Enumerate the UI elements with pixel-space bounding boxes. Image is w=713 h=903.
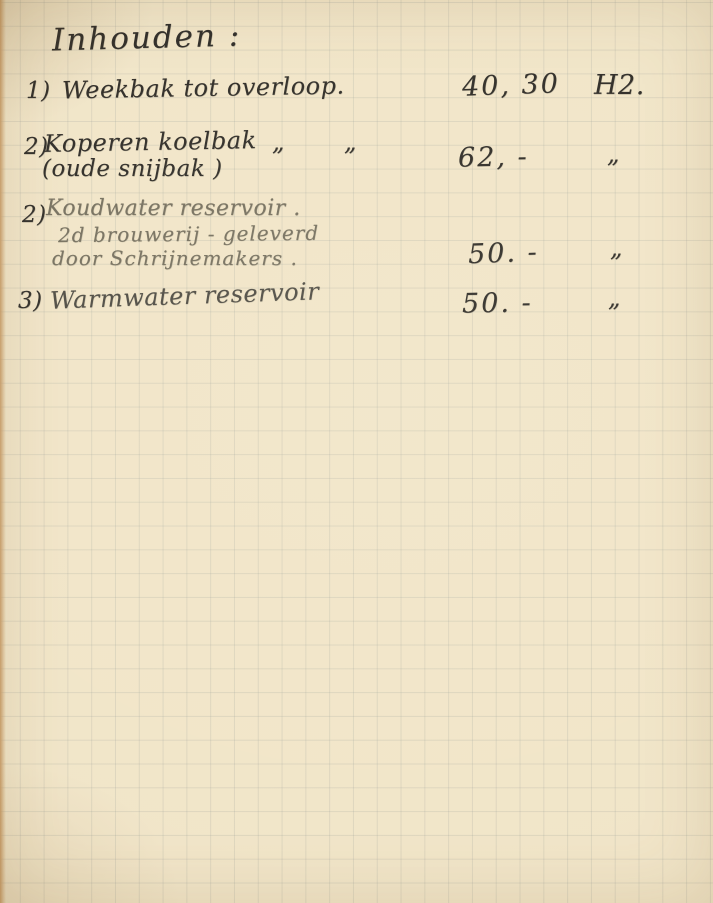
entry-description: Warmwater reservoir: [50, 277, 320, 314]
entry-price: 50. -: [467, 237, 539, 270]
entry-unit-ditto: „: [607, 140, 620, 168]
entry-unit-ditto: „: [608, 284, 621, 312]
notebook-page: Inhouden : 1) Weekbak tot overloop. 40, …: [0, 0, 713, 903]
entry-number: 1): [26, 78, 51, 104]
page-binding-edge: [0, 0, 6, 903]
entry-price: 50. -: [462, 287, 533, 319]
entry-number: 2): [22, 202, 47, 228]
entry-description: Weekbak tot overloop.: [62, 72, 345, 105]
entry-unit-ditto: „: [610, 234, 623, 262]
ditto-mark: „: [344, 128, 357, 156]
ditto-mark: „: [272, 128, 285, 156]
entry-note-line: door Schrijnemakers .: [52, 246, 298, 270]
entry-description: Koudwater reservoir .: [46, 196, 301, 221]
page-title: Inhouden :: [52, 18, 242, 59]
entry-unit: H2.: [594, 70, 645, 101]
entry-number: 3): [18, 288, 43, 314]
entry-price: 40, 30: [461, 68, 560, 102]
entry-description: Koperen koelbak: [44, 126, 257, 158]
entry-note-line: 2d brouwerij - geleverd: [58, 221, 319, 247]
entry-subline: (oude snijbak ): [42, 156, 223, 182]
entry-price: 62, -: [458, 141, 529, 173]
